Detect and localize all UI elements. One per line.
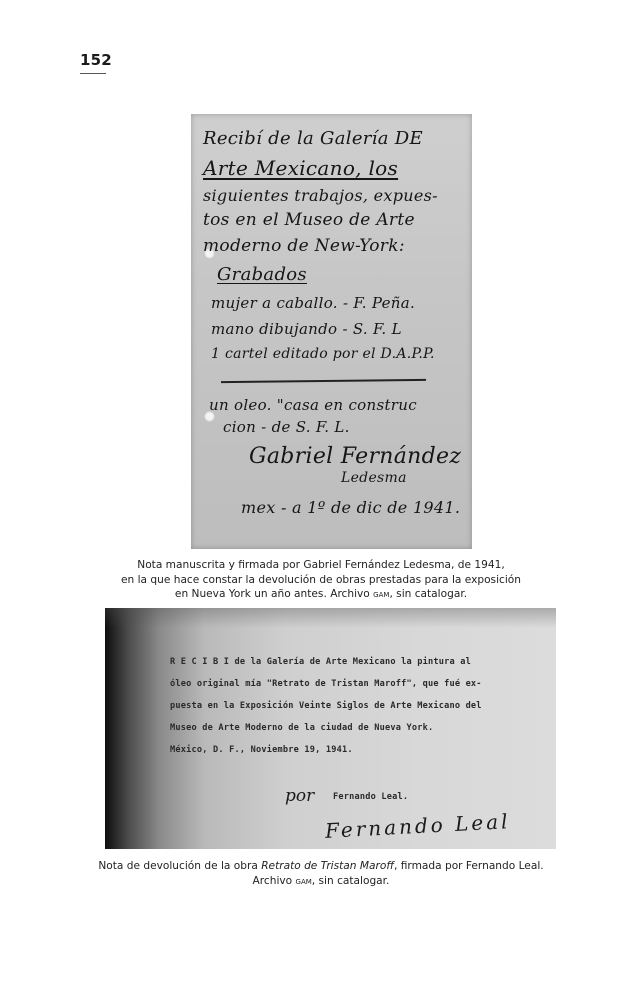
caption-text: , sin catalogar. bbox=[312, 875, 390, 887]
handwritten-divider bbox=[221, 379, 426, 383]
handwritten-line: Arte Mexicano, los bbox=[203, 156, 464, 180]
caption-text: Archivo bbox=[253, 875, 296, 887]
handwritten-line: tos en el Museo de Arte bbox=[203, 210, 464, 230]
handwritten-line: 1 cartel editado por el D.A.P.P. bbox=[211, 346, 464, 362]
handwritten-line: Recibí de la Galería DE bbox=[203, 128, 464, 149]
caption-line: Nota de devolución de la obra Retrato de… bbox=[0, 859, 642, 874]
signature-scrawl: Fernando Leal bbox=[324, 809, 511, 843]
handwritten-line: moderno de New-York: bbox=[203, 236, 464, 256]
handwritten-line: cion - de S. F. L. bbox=[223, 418, 464, 436]
caption-line: en Nueva York un año antes. Archivo GAM,… bbox=[0, 587, 642, 602]
artwork-title: Retrato de Tristan Maroff bbox=[261, 860, 394, 872]
caption-text: , firmada por Fernando Leal. bbox=[394, 860, 544, 872]
typed-line: puesta en la Exposición Veinte Siglos de… bbox=[170, 701, 482, 711]
typed-note-image: R E C I B I de la Galería de Arte Mexica… bbox=[105, 608, 556, 849]
caption-text: , sin catalogar. bbox=[389, 588, 467, 600]
handwritten-line: siguientes trabajos, expues- bbox=[203, 186, 464, 205]
signature-ledesma: Ledesma bbox=[341, 470, 464, 486]
caption-line: en la que hace constar la devolución de … bbox=[0, 573, 642, 588]
caption-text: en Nueva York un año antes. Archivo bbox=[175, 588, 373, 600]
handwritten-line: Grabados bbox=[217, 264, 464, 285]
figure-2-caption: Nota de devolución de la obra Retrato de… bbox=[0, 859, 642, 888]
signature-prefix: por bbox=[285, 786, 314, 806]
typed-line: México, D. F., Noviembre 19, 1941. bbox=[170, 745, 353, 755]
handwritten-date: mex - a 1º de dic de 1941. bbox=[241, 498, 464, 517]
handwritten-line: mujer a caballo. - F. Peña. bbox=[211, 294, 464, 312]
typed-line: Museo de Arte Moderno de la ciudad de Nu… bbox=[170, 723, 433, 733]
caption-line: Nota manuscrita y firmada por Gabriel Fe… bbox=[0, 558, 642, 573]
caption-line: Archivo GAM, sin catalogar. bbox=[0, 874, 642, 889]
typed-signatory: Fernando Leal. bbox=[333, 792, 408, 802]
handwritten-note-image: Recibí de la Galería DE Arte Mexicano, l… bbox=[191, 114, 472, 549]
caption-text: Nota de devolución de la obra bbox=[98, 860, 261, 872]
page-number-rule bbox=[80, 73, 106, 74]
typed-line: óleo original mía "Retrato de Tristan Ma… bbox=[170, 679, 482, 689]
typed-line: R E C I B I de la Galería de Arte Mexica… bbox=[170, 657, 471, 667]
page-number: 152 bbox=[80, 51, 112, 69]
handwritten-line: un oleo. "casa en construc bbox=[209, 396, 464, 414]
archive-abbrev: GAM bbox=[373, 588, 389, 600]
handwritten-line: mano dibujando - S. F. L bbox=[211, 320, 464, 338]
signature-gabriel-fernandez: Gabriel Fernández bbox=[249, 444, 464, 469]
archive-abbrev: GAM bbox=[296, 875, 312, 887]
figure-1-caption: Nota manuscrita y firmada por Gabriel Fe… bbox=[0, 558, 642, 602]
